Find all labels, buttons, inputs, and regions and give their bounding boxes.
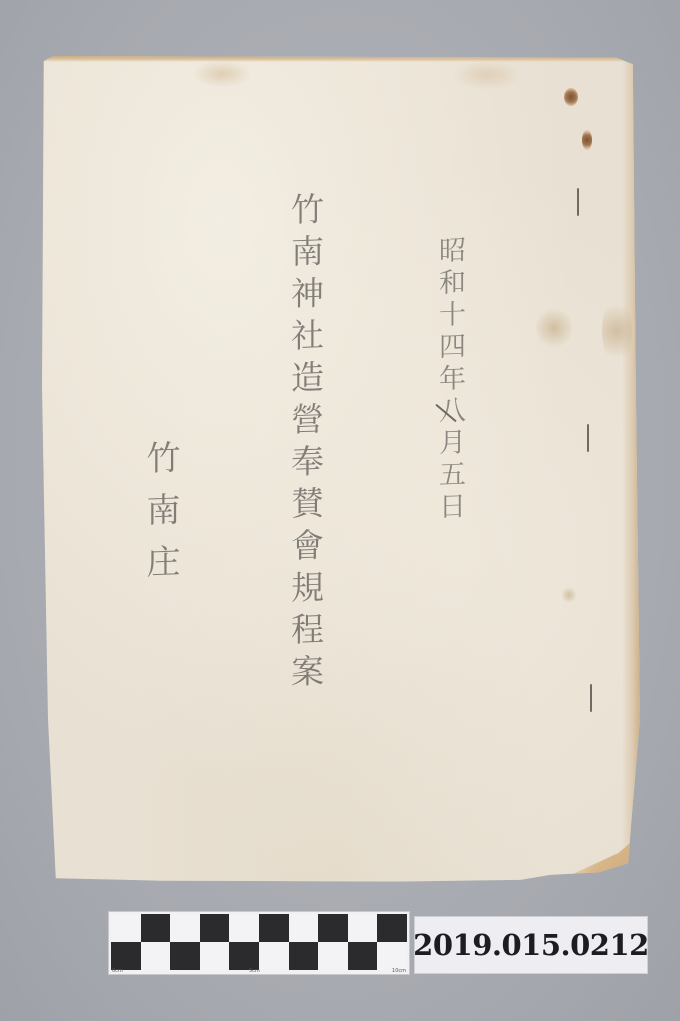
scale-square [289,914,319,942]
scale-square [200,914,230,942]
scale-label-5: 5cm [249,968,260,974]
scale-square [377,914,407,942]
scale-square [229,914,259,942]
color-scale-bar: 0cm 5cm 10cm [108,911,410,975]
staple-mark [590,684,592,712]
scale-square [111,914,141,942]
scale-square [200,942,230,970]
scale-square [141,914,171,942]
paper-spot [602,296,632,366]
scale-square [111,942,141,970]
scale-label-10: 10cm [392,968,406,974]
paper-stain [452,60,522,90]
document-organization: 竹南庄 [136,439,185,597]
scale-square [259,914,289,942]
scale-square [170,914,200,942]
binding-hole [564,88,578,106]
binding-hole [582,130,592,150]
scale-square [348,914,378,942]
scale-checker-grid [111,914,407,970]
staple-mark [577,188,579,216]
scale-square [141,942,171,970]
document-paper [42,56,640,884]
scale-square [318,942,348,970]
scale-square [170,942,200,970]
scale-square [348,942,378,970]
scale-square [259,942,289,970]
scale-label-0: 0cm [112,968,123,974]
paper-stain [192,60,252,88]
scale-square [229,942,259,970]
staple-mark [587,424,589,452]
paper-spot [536,306,572,350]
accession-number-label: 2019.015.0212 [414,916,648,974]
paper-spot [562,586,576,604]
scale-square [318,914,348,942]
document-date: 昭和十四年八月五日 [430,235,469,524]
paper-texture [42,56,640,884]
scale-square [377,942,407,970]
document-title: 竹南神社造營奉賛會規程案 [282,191,329,697]
scale-square [289,942,319,970]
